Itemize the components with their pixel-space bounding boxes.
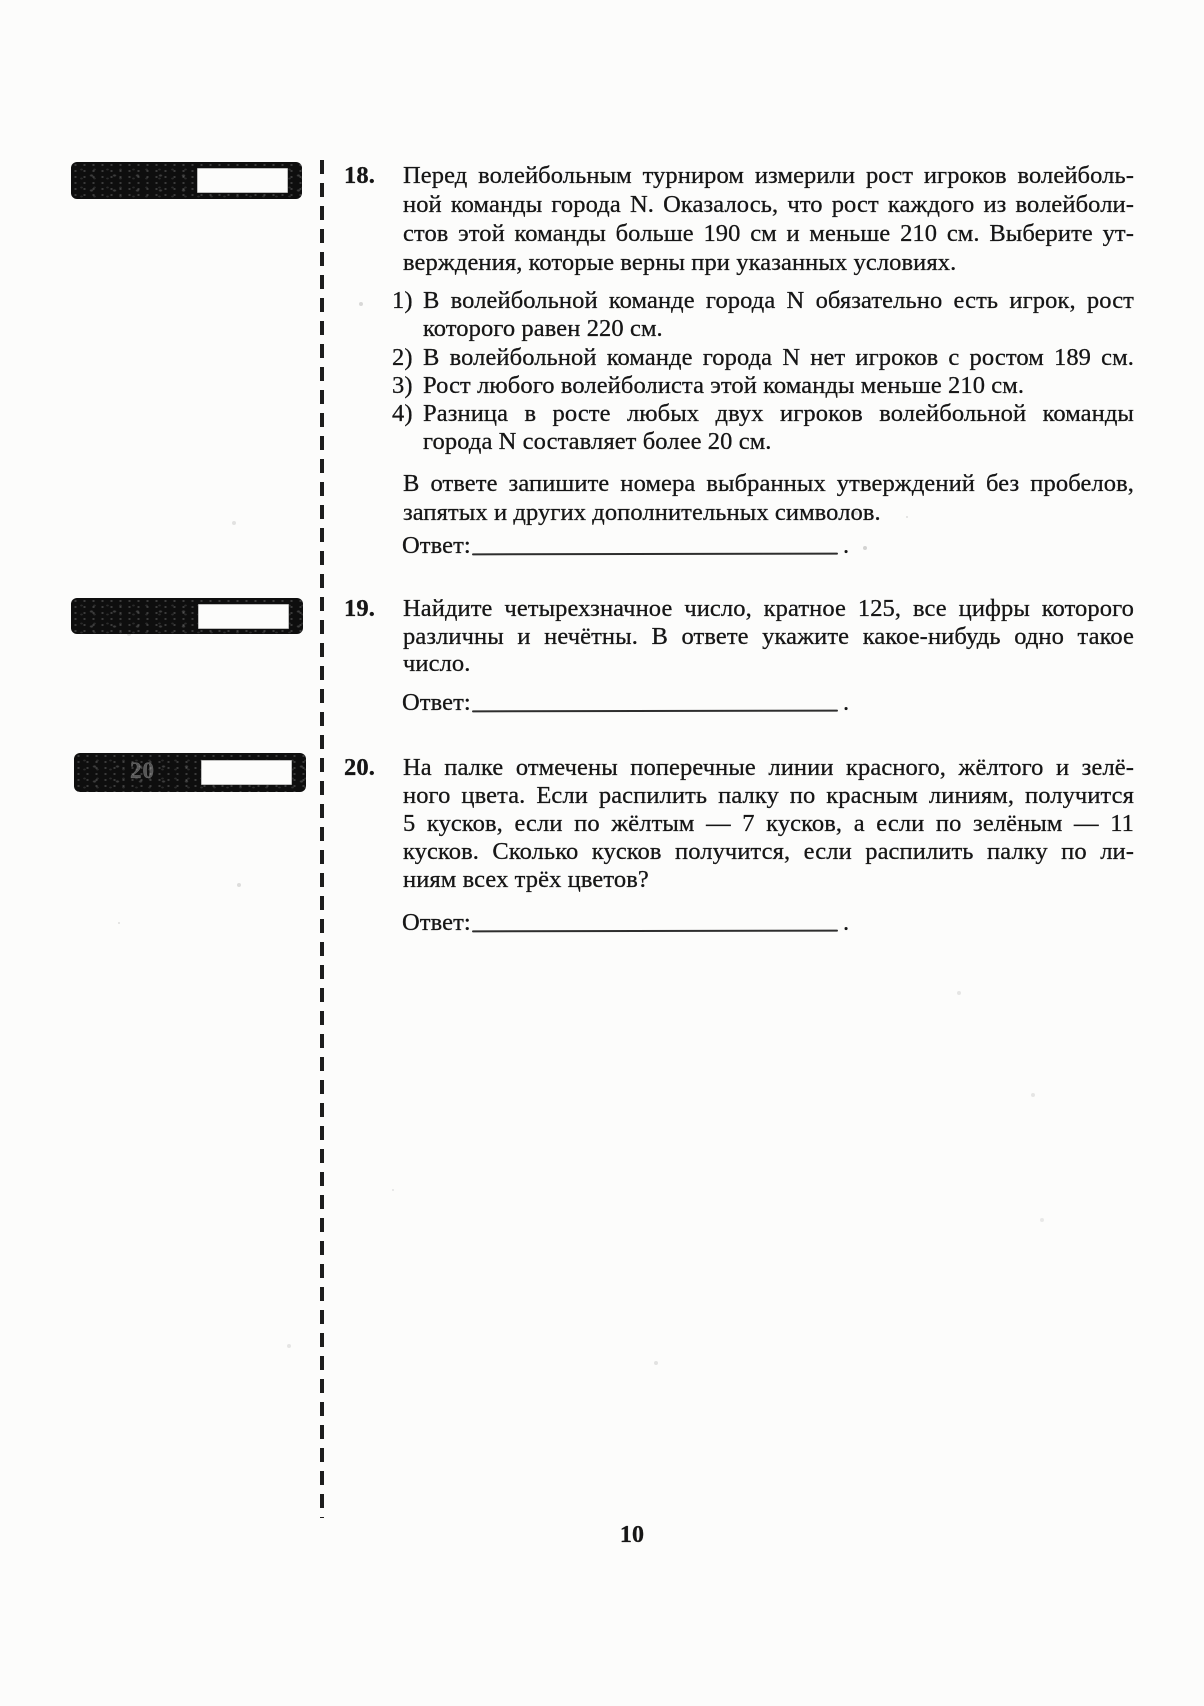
answer-blank-line: [472, 553, 838, 556]
answer-blank-line: [472, 930, 838, 933]
problem-number: 19.: [344, 594, 392, 623]
answer-blank-line: [472, 710, 838, 713]
option-text-line: города N составляет более 20 см.: [423, 427, 1134, 456]
problem-statement-line: На палке отмечены поперечные линии красн…: [403, 753, 1134, 782]
margin-answer-window: [197, 168, 288, 193]
problem-statement-line: верждения, которые верны при указанных у…: [403, 248, 1134, 277]
page-number: 10: [600, 1522, 664, 1549]
problem-statement-line: ниям всех трёх цветов?: [403, 865, 1134, 894]
problem-statement-line: кусков. Сколько кусков получится, если р…: [403, 837, 1134, 866]
problem-statement-line: различны и нечётны. В ответе укажите как…: [403, 622, 1134, 651]
answer-label: Ответ:: [402, 531, 471, 560]
option-text-line: Разница в росте любых двух игроков волей…: [423, 399, 1134, 428]
problem-number: 18.: [344, 161, 392, 190]
option-text-line: В волейбольной команде города N нет игро…: [423, 343, 1134, 372]
margin-answer-box-20: 20: [74, 753, 306, 792]
dashed-divider-line: [320, 160, 324, 1518]
margin-answer-box-19: [71, 598, 303, 634]
problem-statement-line: ной команды города N. Оказалось, что рос…: [403, 190, 1134, 219]
answer-instruction-line: В ответе запишите номера выбранных утвер…: [403, 469, 1134, 498]
problem-statement-line: 5 кусков, если по жёлтым — 7 кусков, а е…: [403, 809, 1134, 838]
answer-label: Ответ:: [402, 908, 471, 937]
option-text-line: Рост любого волейболиста этой команды ме…: [423, 371, 1134, 400]
option-text-line: которого равен 220 см.: [423, 314, 1134, 343]
scan-noise-specks: [0, 0, 2, 2]
margin-answer-window: [198, 604, 289, 629]
answer-instruction-line: запятых и других дополнительных символов…: [403, 498, 1134, 527]
answer-label: Ответ:: [402, 688, 471, 717]
problem-number: 20.: [344, 753, 392, 782]
answer-period: .: [843, 531, 849, 560]
exam-page: 20 18. Перед волейбольным турниром измер…: [0, 0, 1204, 1706]
problem-statement-line: стов этой команды больше 190 см и меньше…: [403, 219, 1134, 248]
problem-statement-line: Найдите четырехзначное число, кратное 12…: [403, 594, 1134, 623]
margin-answer-box-18: [71, 162, 302, 199]
margin-box-number: 20: [130, 758, 155, 784]
option-text-line: В волейбольной команде города N обязател…: [423, 286, 1134, 315]
answer-period: .: [843, 908, 849, 937]
margin-answer-window: [201, 760, 292, 785]
problem-statement-line: ного цвета. Если распилить палку по крас…: [403, 781, 1134, 810]
answer-period: .: [843, 688, 849, 717]
problem-statement-line: число.: [403, 649, 1134, 678]
problem-statement-line: Перед волейбольным турниром измерили рос…: [403, 161, 1134, 190]
